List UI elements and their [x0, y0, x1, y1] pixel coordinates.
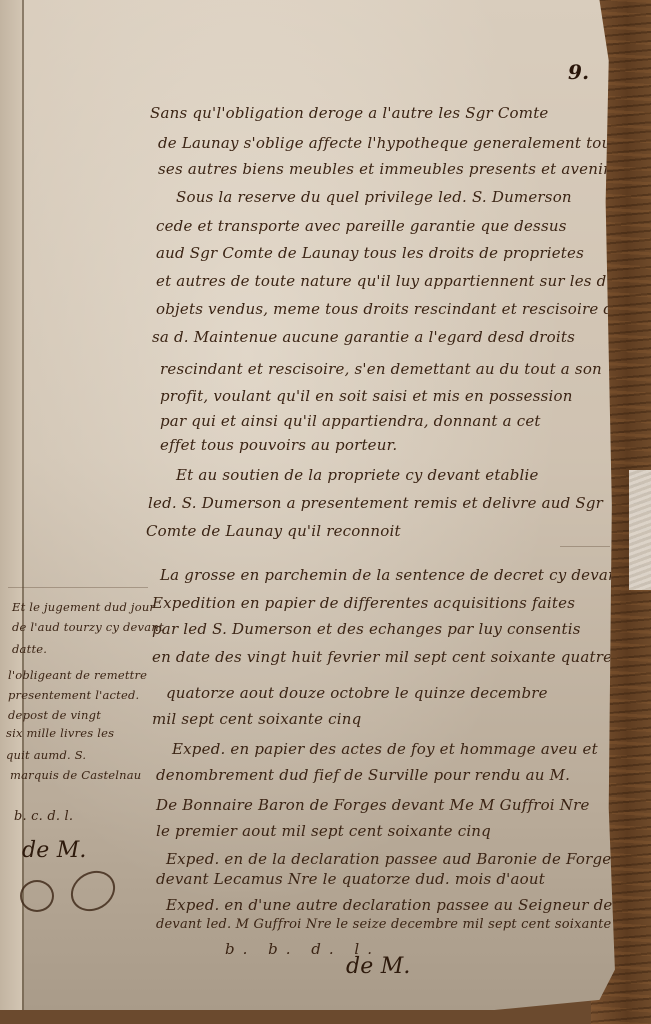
text-line: de Launay s'oblige affecte l'hypotheque …	[158, 134, 619, 152]
text-line: denombrement dud fief de Surville pour r…	[156, 766, 570, 784]
ribbon-bookmark	[629, 470, 651, 590]
ruled-line	[8, 587, 148, 588]
text-line: par led S. Dumerson et des echanges par …	[152, 620, 581, 638]
text-line: mil sept cent soixante cinq	[152, 710, 361, 728]
paraph-flourish	[20, 880, 54, 912]
margin-note-line: de l'aud tourzy cy devant	[12, 620, 164, 634]
folio-number: 9.	[568, 60, 589, 84]
text-line: quatorze aout douze octobre le quinze de…	[166, 684, 548, 702]
text-line: Sous la reserve du quel privilege led. S…	[176, 188, 572, 206]
footer-signature: de M.	[346, 954, 411, 979]
text-line: et autres de toute nature qu'il luy appa…	[156, 272, 611, 290]
margin-note-line: quit aumd. S.	[6, 748, 86, 762]
margin-note-line: depost de vingt	[8, 708, 101, 722]
text-line: profit, voulant qu'il en soit saisi et m…	[160, 387, 573, 405]
text-line: Comte de Launay qu'il reconnoit	[146, 522, 401, 540]
text-line: La grosse en parchemin de la sentence de…	[160, 566, 651, 584]
margin-note-line: Et le jugement dud jour	[12, 600, 155, 614]
text-line: rescindant et rescisoire, s'en demettant…	[160, 360, 602, 378]
manuscript-page: 9. Sans qu'l'obligation deroge a l'autre…	[0, 0, 618, 1010]
margin-note-line: marquis de Castelnau	[10, 768, 141, 782]
margin-signature: de M.	[22, 838, 87, 863]
text-line: aud Sgr Comte de Launay tous les droits …	[156, 244, 584, 262]
text-line: ses autres biens meubles et immeubles pr…	[158, 160, 610, 178]
ruled-line	[560, 546, 610, 547]
text-line: Exped. en d'une autre declaration passee…	[166, 896, 651, 914]
margin-note-line: presentement l'acted.	[8, 688, 139, 702]
margin-note-line: six mille livres les	[6, 726, 114, 740]
text-line: De Bonnaire Baron de Forges devant Me M …	[156, 796, 590, 814]
margin-initials: b. c. d. l.	[14, 810, 73, 824]
text-line: cede et transporte avec pareille garanti…	[156, 217, 567, 235]
text-line: par qui et ainsi qu'il appartiendra, don…	[160, 412, 541, 430]
text-line: objets vendus, meme tous droits rescinda…	[156, 300, 622, 318]
text-line: Et au soutien de la propriete cy devant …	[176, 466, 539, 484]
text-line: devant led. M Guffroi Nre le seize decem…	[156, 916, 645, 934]
text-line: effet tous pouvoirs au porteur.	[160, 436, 397, 454]
margin-note-line: l'obligeant de remettre	[8, 668, 147, 682]
paraph-flourish	[64, 863, 123, 919]
text-line: en date des vingt huit fevrier mil sept …	[152, 648, 612, 666]
text-line: sa d. Maintenue aucune garantie a l'egar…	[152, 328, 575, 346]
text-line: Sans qu'l'obligation deroge a l'autre le…	[150, 104, 549, 122]
text-line: Exped. en papier des actes de foy et hom…	[172, 740, 598, 758]
facing-page-edge	[0, 0, 22, 1010]
text-line: devant Lecamus Nre le quatorze dud. mois…	[156, 870, 545, 888]
text-line: led. S. Dumerson a presentement remis et…	[148, 494, 603, 512]
text-line: le premier aout mil sept cent soixante c…	[156, 822, 491, 840]
margin-note-line: datte.	[12, 642, 47, 656]
text-line: Expedition en papier de differentes acqu…	[152, 594, 575, 612]
text-line: Exped. en de la declaration passee aud B…	[166, 850, 619, 868]
